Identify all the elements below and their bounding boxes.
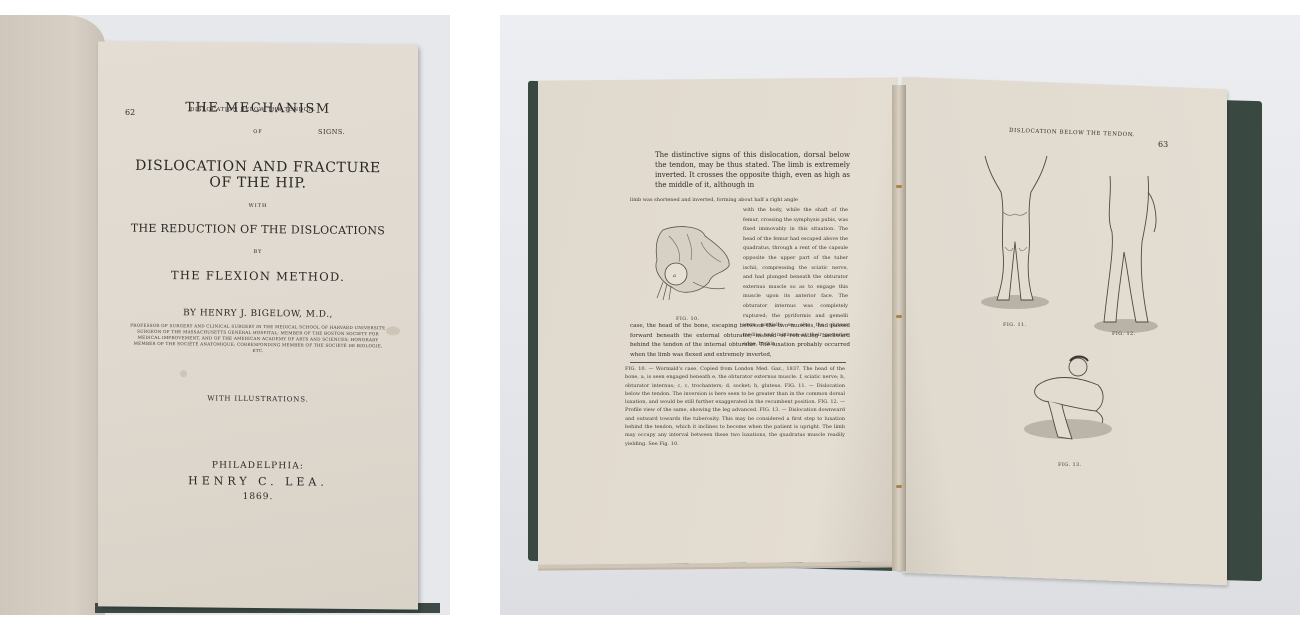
author-line: BY HENRY J. BIGELOW, M.D.,: [98, 307, 418, 320]
figure-captions: FIG. 10. — Wormald's case. Copied from L…: [625, 365, 845, 448]
footnote-rule: [630, 362, 846, 363]
page-number-left: 62: [125, 108, 135, 117]
binding-stitch: [896, 315, 902, 318]
figure-13-caption: FIG. 13.: [1058, 462, 1082, 468]
book-gutter: [892, 85, 906, 571]
right-page: [902, 77, 1227, 585]
title-of: OF: [98, 127, 418, 136]
title-line-4: THE REDUCTION OF THE DISLOCATIONS: [98, 221, 418, 237]
section-title: SIGNS.: [318, 128, 345, 136]
title-line-3: OF THE HIP.: [98, 173, 418, 192]
continued-paragraph: case, the head of the bone, escaping bet…: [630, 322, 850, 360]
small-text-lead: limb was shortened and inverted, forming…: [630, 196, 850, 206]
previous-page: [0, 15, 105, 615]
title-page-photo: THE MECHANISM OF DISLOCATION AND FRACTUR…: [0, 15, 450, 615]
publisher-city: PHILADELPHIA:: [98, 459, 418, 472]
page-stain: [180, 370, 187, 377]
title-by: BY: [98, 247, 418, 256]
author-credentials: PROFESSOR OF SURGERY AND CLINICAL SURGER…: [128, 323, 388, 356]
title-line-5: THE FLEXION METHOD.: [98, 267, 418, 284]
figure-12-illustration: [1090, 172, 1160, 337]
svg-text:a: a: [673, 273, 676, 279]
running-header-left: DISLOCATION BELOW THE TENDON.: [190, 107, 316, 113]
body-paragraph: The distinctive signs of this dislocatio…: [655, 150, 850, 190]
illustrations-note: WITH ILLUSTRATIONS.: [98, 393, 418, 404]
pelvis-illustration: a: [643, 222, 735, 304]
figure-13-illustration: [1018, 353, 1118, 448]
figure-12-caption: FIG. 12.: [1112, 331, 1136, 337]
page-number-right: 63: [1158, 140, 1168, 149]
title-page: THE MECHANISM OF DISLOCATION AND FRACTUR…: [98, 41, 418, 609]
binding-stitch: [896, 485, 902, 488]
page-stain: [386, 326, 400, 335]
figure-11-illustration: [975, 152, 1055, 312]
publication-year: 1869.: [98, 490, 418, 503]
publisher-name: HENRY C. LEA.: [98, 473, 418, 489]
figure-11-caption: FIG. 11.: [1003, 322, 1027, 328]
binding-stitch: [896, 185, 902, 188]
open-book-photo: [500, 15, 1300, 615]
title-with: WITH: [98, 201, 418, 210]
